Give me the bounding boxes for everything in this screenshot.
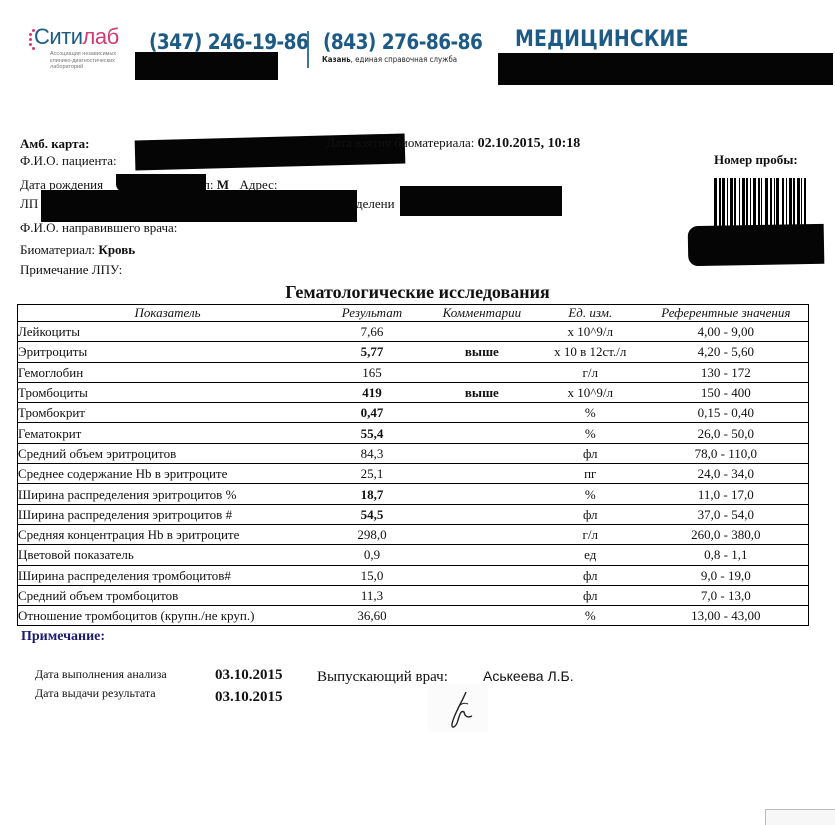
table-row: Лейкоциты7,66x 10^9/л4,00 - 9,00 [18,322,809,342]
comment [427,565,537,585]
reference-range: 4,20 - 5,60 [644,342,809,362]
analysis-date-label: Дата выполнения анализа [35,667,167,682]
header-indicator: Показатель [18,305,318,322]
comment [427,484,537,504]
comment [427,585,537,605]
result-value: 165 [317,362,427,382]
table-row: Средний объем эритроцитов84,3фл78,0 - 11… [18,443,809,463]
unit: фл [537,504,644,524]
analysis-date: 03.10.2015 [215,667,283,684]
table-row: Тромбоциты419вышеx 10^9/л150 - 400 [18,382,809,402]
redaction [135,52,278,80]
biomaterial-value: Кровь [98,242,135,257]
header-unit: Ед. изм. [537,305,644,322]
table-row: Средняя концентрация Hb в эритроците298,… [18,524,809,544]
result-value: 15,0 [317,565,427,585]
indicator-name: Лейкоциты [18,322,318,342]
indicator-name: Тромбокрит [18,403,318,423]
unit: x 10 в 12ст./л [537,342,644,362]
logo-part2: лаб [83,24,119,49]
table-row: Гематокрит55,4%26,0 - 50,0 [18,423,809,443]
result-value: 0,9 [317,545,427,565]
issue-date-label: Дата выдачи результата [35,686,156,701]
sample-date-label: Дата взятия биоматериала: [326,135,474,150]
result-value: 298,0 [317,524,427,544]
table-row: Средний объем тромбоцитов11,3фл7,0 - 13,… [18,585,809,605]
unit: г/л [537,524,644,544]
doctor-name: Аськеева Л.Б. [483,668,574,684]
comment [427,504,537,524]
reference-range: 260,0 - 380,0 [644,524,809,544]
reference-range: 9,0 - 19,0 [644,565,809,585]
result-value: 419 [317,382,427,402]
logo: Ситилаб [34,24,119,50]
reference-range: 4,00 - 9,00 [644,322,809,342]
logo-subtitle: Ассоциация независимых клинико-диагности… [50,51,130,71]
reference-range: 78,0 - 110,0 [644,443,809,463]
comment [427,606,537,626]
biomaterial-label: Биоматериал: [20,242,95,257]
table-row: Цветовой показатель0,9ед0,8 - 1,1 [18,545,809,565]
comment [427,362,537,382]
indicator-name: Средний объем тромбоцитов [18,585,318,605]
indicator-name: Отношение тромбоцитов (крупн./не круп.) [18,606,318,626]
lpu-label: ЛП [20,196,38,211]
reference-range: 24,0 - 34,0 [644,464,809,484]
results-table: Показатель Результат Комментарии Ед. изм… [17,304,809,626]
unit: фл [537,585,644,605]
comment [427,322,537,342]
table-row: Ширина распределения эритроцитов %18,7%1… [18,484,809,504]
header-reference: Референтные значения [644,305,809,322]
biomaterial: Биоматериал: Кровь [20,242,135,257]
redaction [498,53,833,85]
indicator-name: Ширина распределения эритроцитов % [18,484,318,504]
unit: пг [537,464,644,484]
indicator-name: Ширина распределения тромбоцитов# [18,565,318,585]
comment [427,403,537,423]
indicator-name: Ширина распределения эритроцитов # [18,504,318,524]
result-value: 25,1 [317,464,427,484]
header-separator [307,31,309,68]
result-value: 5,77 [317,342,427,362]
result-value: 11,3 [317,585,427,605]
result-value: 54,5 [317,504,427,524]
comment [427,464,537,484]
redaction [688,224,825,266]
reference-range: 130 - 172 [644,362,809,382]
indicator-name: Средний объем эритроцитов [18,443,318,463]
sample-number-label: Номер пробы: [714,152,798,167]
unit: % [537,484,644,504]
city-note: Казань, единая справочная служба [322,55,457,64]
unit: x 10^9/л [537,322,644,342]
reference-range: 37,0 - 54,0 [644,504,809,524]
reference-range: 13,00 - 43,00 [644,606,809,626]
indicator-name: Тромбоциты [18,382,318,402]
reference-range: 26,0 - 50,0 [644,423,809,443]
city-label: Казань [322,55,351,64]
table-row: Ширина распределения эритроцитов #54,5фл… [18,504,809,524]
unit: ед [537,545,644,565]
comment: выше [427,382,537,402]
logo-part1: Сити [34,24,83,49]
city-note-text: , единая справочная служба [351,55,457,64]
unit: фл [537,565,644,585]
indicator-name: Эритроциты [18,342,318,362]
indicator-name: Среднее содержание Hb в эритроците [18,464,318,484]
table-row: Тромбокрит0,47%0,15 - 0,40 [18,403,809,423]
issue-date: 03.10.2015 [215,689,283,706]
header-comments: Комментарии [427,305,537,322]
comment [427,545,537,565]
reference-range: 150 - 400 [644,382,809,402]
unit: % [537,606,644,626]
unit: г/л [537,362,644,382]
table-row: Гемоглобин165г/л130 - 172 [18,362,809,382]
result-value: 7,66 [317,322,427,342]
department-fragment: делени [356,196,395,211]
indicator-name: Цветовой показатель [18,545,318,565]
sample-date-value: 02.10.2015, 10:18 [478,136,581,151]
patient-name-label: Ф.И.О. пациента: [20,153,117,168]
reference-range: 0,15 - 0,40 [644,403,809,423]
indicator-name: Гематокрит [18,423,318,443]
result-value: 36,60 [317,606,427,626]
lpu-note-label: Примечание ЛПУ: [20,262,122,277]
result-value: 84,3 [317,443,427,463]
comment [427,443,537,463]
reference-range: 0,8 - 1,1 [644,545,809,565]
table-row: Среднее содержание Hb в эритроците25,1пг… [18,464,809,484]
indicator-name: Гемоглобин [18,362,318,382]
result-value: 18,7 [317,484,427,504]
result-value: 55,4 [317,423,427,443]
page-corner-widget[interactable] [765,809,835,825]
card-label: Амб. карта: [20,136,89,151]
comment: выше [427,342,537,362]
sample-date: Дата взятия биоматериала: 02.10.2015, 10… [326,135,580,151]
unit: % [537,403,644,423]
note-label: Примечание: [21,629,105,645]
phone-kazan: (843) 276-86-86 [323,30,482,54]
table-row: Эритроциты5,77вышеx 10 в 12ст./л4,20 - 5… [18,342,809,362]
redaction [41,190,357,222]
table-header-row: Показатель Результат Комментарии Ед. изм… [18,305,809,322]
comment [427,423,537,443]
reference-range: 7,0 - 13,0 [644,585,809,605]
unit: фл [537,443,644,463]
reference-range: 11,0 - 17,0 [644,484,809,504]
table-row: Отношение тромбоцитов (крупн./не круп.)3… [18,606,809,626]
table-row: Ширина распределения тромбоцитов#15,0фл9… [18,565,809,585]
indicator-name: Средняя концентрация Hb в эритроците [18,524,318,544]
referring-doctor-label: Ф.И.О. направившего врача: [20,220,177,235]
signature [428,684,488,732]
phone-ufa: (347) 246-19-86 [149,30,308,54]
header-result: Результат [317,305,427,322]
result-value: 0,47 [317,403,427,423]
redaction [400,186,562,216]
unit: % [537,423,644,443]
section-title: Гематологические исследования [0,282,835,303]
comment [427,524,537,544]
unit: x 10^9/л [537,382,644,402]
